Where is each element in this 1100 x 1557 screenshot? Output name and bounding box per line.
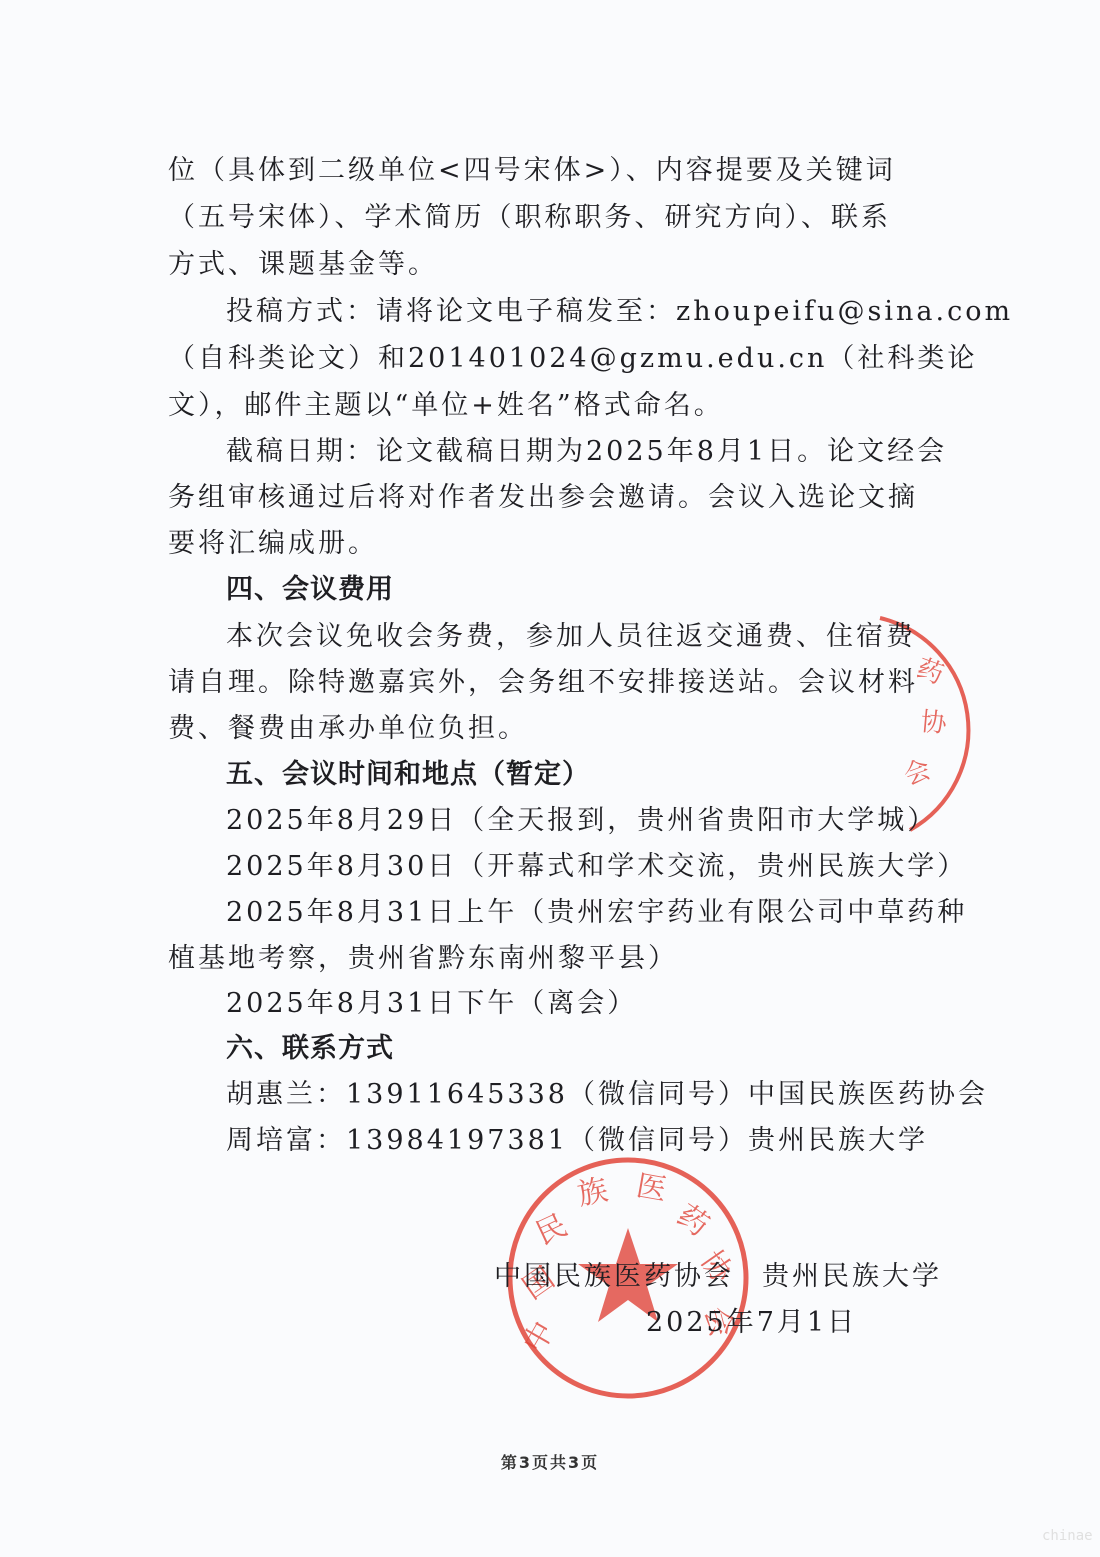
section-heading: 五、会议时间和地点（暂定） bbox=[226, 760, 590, 790]
text-line: 本次会议免收会务费，参加人员往返交通费、住宿费 bbox=[226, 622, 916, 652]
svg-text:中: 中 bbox=[517, 1316, 562, 1359]
watermark: chinae bbox=[1042, 1528, 1093, 1544]
text-line: 方式、课题基金等。 bbox=[168, 250, 438, 280]
text-line: 位（具体到二级单位<四号宋体>）、内容提要及关键词 bbox=[168, 156, 896, 186]
text-line: 胡惠兰：13911645338（微信同号）中国民族医药协会 bbox=[226, 1080, 988, 1110]
text-line: 费、餐费由承办单位负担。 bbox=[168, 714, 528, 744]
text-line: 2025年8月31日下午（离会） bbox=[226, 989, 637, 1019]
svg-text:协: 协 bbox=[919, 707, 949, 739]
text-line: 2025年8月31日上午（贵州宏宇药业有限公司中草药种 bbox=[226, 898, 967, 928]
text-line: 2025年8月30日（开幕式和学术交流，贵州民族大学） bbox=[226, 852, 967, 882]
text-line: 文），邮件主题以“单位+姓名”格式命名。 bbox=[168, 391, 724, 421]
text-line: 请自理。除特邀嘉宾外，会务组不安排接送站。会议材料 bbox=[168, 668, 918, 698]
svg-text:医: 医 bbox=[634, 1168, 670, 1208]
text-line: 要将汇编成册。 bbox=[168, 529, 378, 559]
page-number-footer: 第3页共3页 bbox=[0, 1450, 1100, 1473]
text-line: 植基地考察，贵州省黔东南州黎平县） bbox=[168, 944, 678, 974]
text-line: 周培富：13984197381（微信同号）贵州民族大学 bbox=[226, 1126, 928, 1156]
section-heading: 六、联系方式 bbox=[226, 1034, 394, 1064]
svg-text:会: 会 bbox=[900, 754, 935, 791]
signature-org-1: 中国民族医药协会 bbox=[494, 1261, 734, 1292]
text-line: 务组审核通过后将对作者发出参会邀请。会议入选论文摘 bbox=[168, 483, 918, 513]
section-heading: 四、会议费用 bbox=[226, 575, 394, 605]
text-line: （五号宋体）、学术简历（职称职务、研究方向）、联系 bbox=[168, 203, 891, 233]
text-line: 截稿日期：论文截稿日期为2025年8月1日。论文经会 bbox=[226, 437, 947, 467]
text-line: （自科类论文）和201401024@gzmu.edu.cn（社科类论 bbox=[168, 344, 977, 374]
document-page: 药 协 会 位（具体到二级单位<四号宋体>）、内容提要及关键词（五号宋体）、学术… bbox=[0, 0, 1100, 1557]
signature-date: 2025年7月1日 bbox=[646, 1308, 857, 1338]
signature-org-2: 贵州民族大学 bbox=[762, 1261, 942, 1292]
text-line: 投稿方式：请将论文电子稿发至：zhoupeifu@sina.com bbox=[226, 297, 1013, 327]
signature-organizations: 中国民族医药协会贵州民族大学 bbox=[494, 1262, 942, 1292]
svg-text:民: 民 bbox=[531, 1208, 573, 1252]
text-line: 2025年8月29日（全天报到，贵州省贵阳市大学城） bbox=[226, 806, 937, 836]
svg-text:族: 族 bbox=[574, 1172, 611, 1212]
svg-text:药: 药 bbox=[670, 1198, 715, 1244]
